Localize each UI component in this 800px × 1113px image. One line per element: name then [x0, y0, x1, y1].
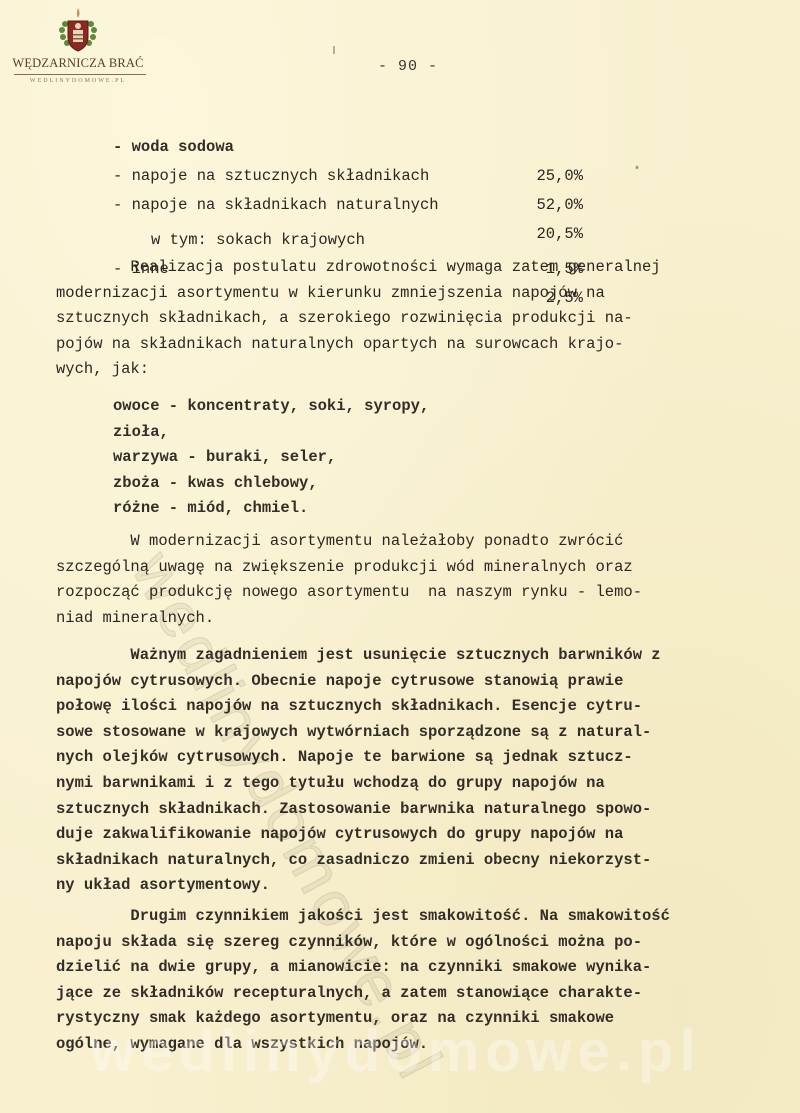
brand-logo[interactable]: WĘDZARNICZA BRAĆ WEDLINYDOMOWE.PL	[8, 6, 148, 84]
paragraph-artificial-dyes: Ważnym zagadnieniem jest usunięcie sztuc…	[56, 643, 756, 899]
margin-asterisk: *	[634, 166, 640, 177]
brand-divider	[14, 74, 146, 75]
table-row: - inne 2,5%	[113, 226, 583, 255]
brand-url: WEDLINYDOMOWE.PL	[8, 78, 148, 84]
smokehouse-crest-icon	[56, 6, 100, 54]
table-row: - napoje na składnikach naturalnych 20,5…	[113, 162, 583, 191]
table-row: w tym: sokach krajowych 1,5%	[113, 197, 583, 226]
brand-name: WĘDZARNICZA BRAĆ	[8, 56, 148, 71]
page-number: - 90 -	[378, 58, 438, 75]
paragraph-mineral-waters: W modernizacji asortymentu należałoby po…	[56, 529, 756, 631]
raw-materials-list: owoce - koncentraty, soki, syropy, zioła…	[113, 394, 429, 522]
paper-mark	[333, 46, 335, 54]
paragraph-flavor: Drugim czynnikiem jakości jest smakowito…	[56, 904, 756, 1058]
beverage-share-table: - woda sodowa 25,0% - napoje na sztuczny…	[113, 104, 583, 255]
table-row: - woda sodowa 25,0%	[113, 104, 583, 133]
table-row: - napoje na sztucznych składnikach 52,0%	[113, 133, 583, 162]
paragraph-health-postulate: Realizacja postulatu zdrowotności wymaga…	[56, 255, 756, 383]
